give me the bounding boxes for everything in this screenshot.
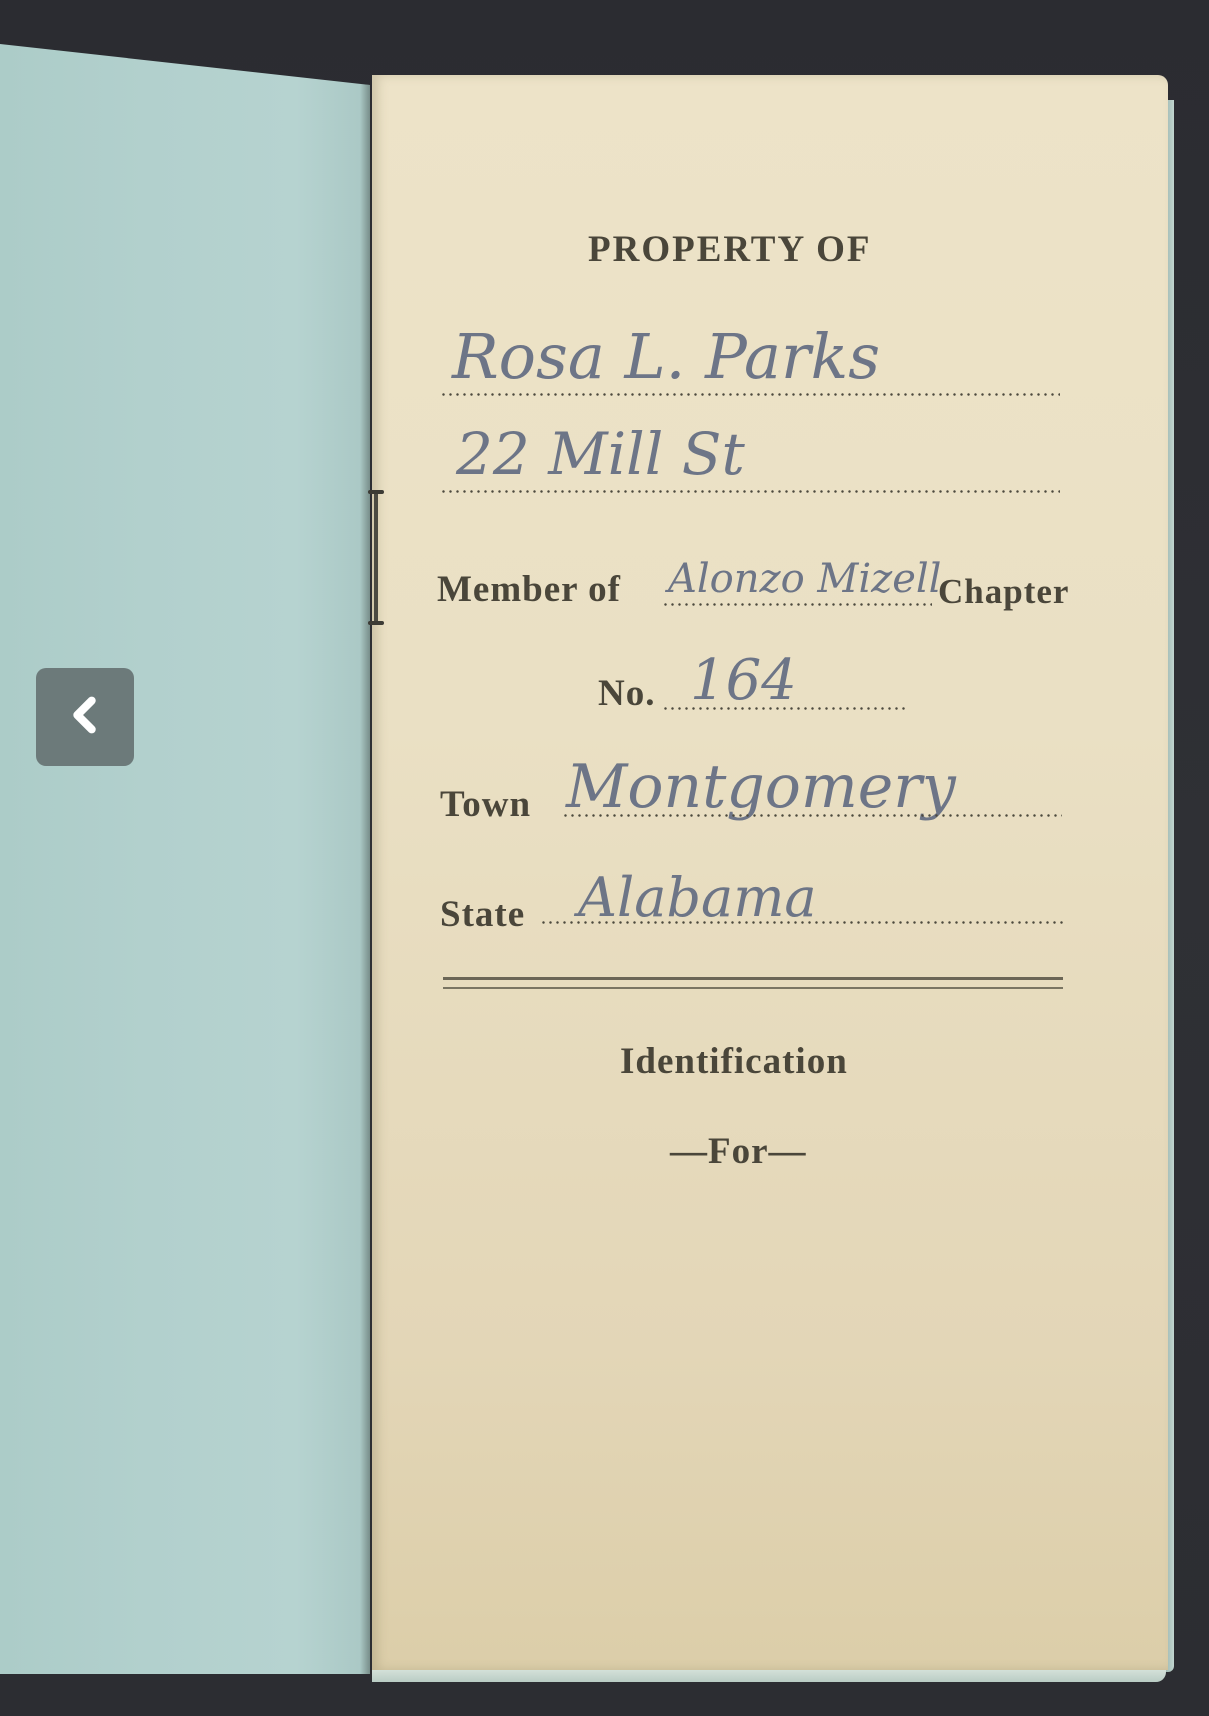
owner-name-value: Rosa L. Parks	[452, 320, 880, 393]
binding-stitch	[374, 490, 378, 625]
inside-cover-left	[0, 44, 370, 1674]
divider-rule-top	[443, 977, 1063, 980]
number-value: 164	[690, 648, 797, 713]
state-line	[540, 921, 1064, 924]
previous-page-button[interactable]	[36, 668, 134, 766]
address-line	[440, 490, 1060, 493]
member-of-line	[662, 603, 932, 606]
owner-address-value: 22 Mill St	[456, 420, 745, 488]
member-of-label: Member of	[437, 568, 621, 611]
name-line	[440, 393, 1060, 396]
number-label: No.	[598, 672, 655, 715]
identification-label: Identification	[620, 1040, 848, 1083]
page-heading: PROPERTY OF	[588, 228, 871, 271]
member-of-value: Alonzo Mizell	[668, 556, 941, 602]
for-label: —For—	[670, 1130, 807, 1173]
state-value: Alabama	[578, 866, 817, 929]
chapter-label: Chapter	[938, 572, 1069, 612]
town-label: Town	[440, 783, 531, 826]
page-bottom-edge	[372, 1668, 1166, 1682]
number-line	[662, 707, 906, 710]
state-label: State	[440, 893, 525, 936]
divider-rule-bottom	[443, 987, 1063, 989]
town-value: Montgomery	[566, 752, 956, 822]
chevron-left-icon	[62, 692, 108, 743]
town-line	[562, 814, 1062, 817]
document-viewer: PROPERTY OF Rosa L. Parks 22 Mill St Mem…	[0, 0, 1209, 1716]
